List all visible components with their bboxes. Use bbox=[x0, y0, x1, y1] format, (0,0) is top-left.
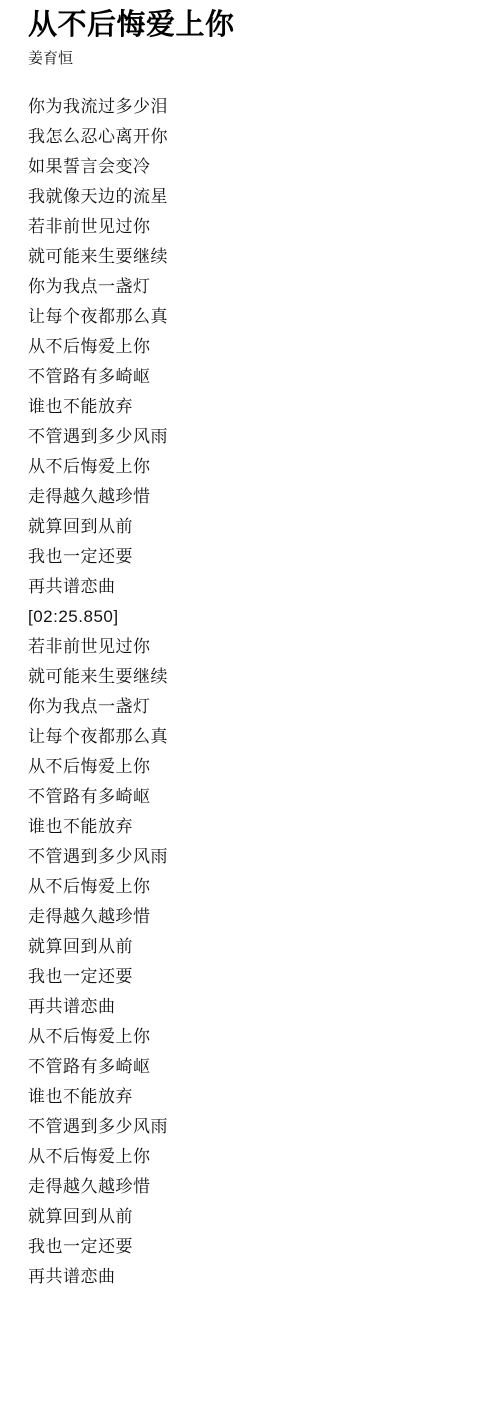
lyric-line: 谁也不能放弃 bbox=[28, 1082, 480, 1112]
lyric-line: 再共谱恋曲 bbox=[28, 572, 480, 602]
lyric-line: 如果誓言会变冷 bbox=[28, 152, 480, 182]
lyric-line: 我就像天边的流星 bbox=[28, 182, 480, 212]
lyric-line: 不管遇到多少风雨 bbox=[28, 1112, 480, 1142]
lyric-line: 走得越久越珍惜 bbox=[28, 902, 480, 932]
lyric-line: 再共谱恋曲 bbox=[28, 992, 480, 1022]
lyric-line: 不管路有多崎岖 bbox=[28, 782, 480, 812]
lyric-line: 就算回到从前 bbox=[28, 512, 480, 542]
lyrics-page: 从不后悔爱上你 姜育恒 你为我流过多少泪我怎么忍心离开你如果誓言会变冷我就像天边… bbox=[0, 0, 500, 1420]
lyric-line: 谁也不能放弃 bbox=[28, 392, 480, 422]
lyric-line: 你为我点一盏灯 bbox=[28, 272, 480, 302]
lyric-line: 就算回到从前 bbox=[28, 1202, 480, 1232]
lyric-line: 让每个夜都那么真 bbox=[28, 302, 480, 332]
song-artist: 姜育恒 bbox=[28, 50, 480, 68]
lyric-line: 我也一定还要 bbox=[28, 1232, 480, 1262]
lyric-line: 不管路有多崎岖 bbox=[28, 362, 480, 392]
lyric-line: 走得越久越珍惜 bbox=[28, 1172, 480, 1202]
lyric-line: 从不后悔爱上你 bbox=[28, 452, 480, 482]
lyric-line: 不管遇到多少风雨 bbox=[28, 842, 480, 872]
lyric-line: 你为我点一盏灯 bbox=[28, 692, 480, 722]
lyric-line: 再共谱恋曲 bbox=[28, 1262, 480, 1292]
lyric-line: 就算回到从前 bbox=[28, 932, 480, 962]
lyric-line: 你为我流过多少泪 bbox=[28, 92, 480, 122]
lyric-line: 不管路有多崎岖 bbox=[28, 1052, 480, 1082]
lyric-line: 我也一定还要 bbox=[28, 542, 480, 572]
lyric-line: 就可能来生要继续 bbox=[28, 242, 480, 272]
lyric-line: [02:25.850] bbox=[28, 602, 480, 632]
lyric-line: 从不后悔爱上你 bbox=[28, 872, 480, 902]
lyric-line: 让每个夜都那么真 bbox=[28, 722, 480, 752]
lyric-line: 谁也不能放弃 bbox=[28, 812, 480, 842]
lyrics-list: 你为我流过多少泪我怎么忍心离开你如果誓言会变冷我就像天边的流星若非前世见过你就可… bbox=[28, 92, 480, 1292]
lyric-line: 若非前世见过你 bbox=[28, 632, 480, 662]
lyric-line: 若非前世见过你 bbox=[28, 212, 480, 242]
lyric-line: 就可能来生要继续 bbox=[28, 662, 480, 692]
song-title: 从不后悔爱上你 bbox=[28, 8, 480, 43]
lyric-line: 我也一定还要 bbox=[28, 962, 480, 992]
lyric-line: 从不后悔爱上你 bbox=[28, 332, 480, 362]
lyric-line: 从不后悔爱上你 bbox=[28, 1022, 480, 1052]
lyric-line: 从不后悔爱上你 bbox=[28, 1142, 480, 1172]
lyric-line: 我怎么忍心离开你 bbox=[28, 122, 480, 152]
lyric-line: 从不后悔爱上你 bbox=[28, 752, 480, 782]
lyric-line: 不管遇到多少风雨 bbox=[28, 422, 480, 452]
lyric-line: 走得越久越珍惜 bbox=[28, 482, 480, 512]
